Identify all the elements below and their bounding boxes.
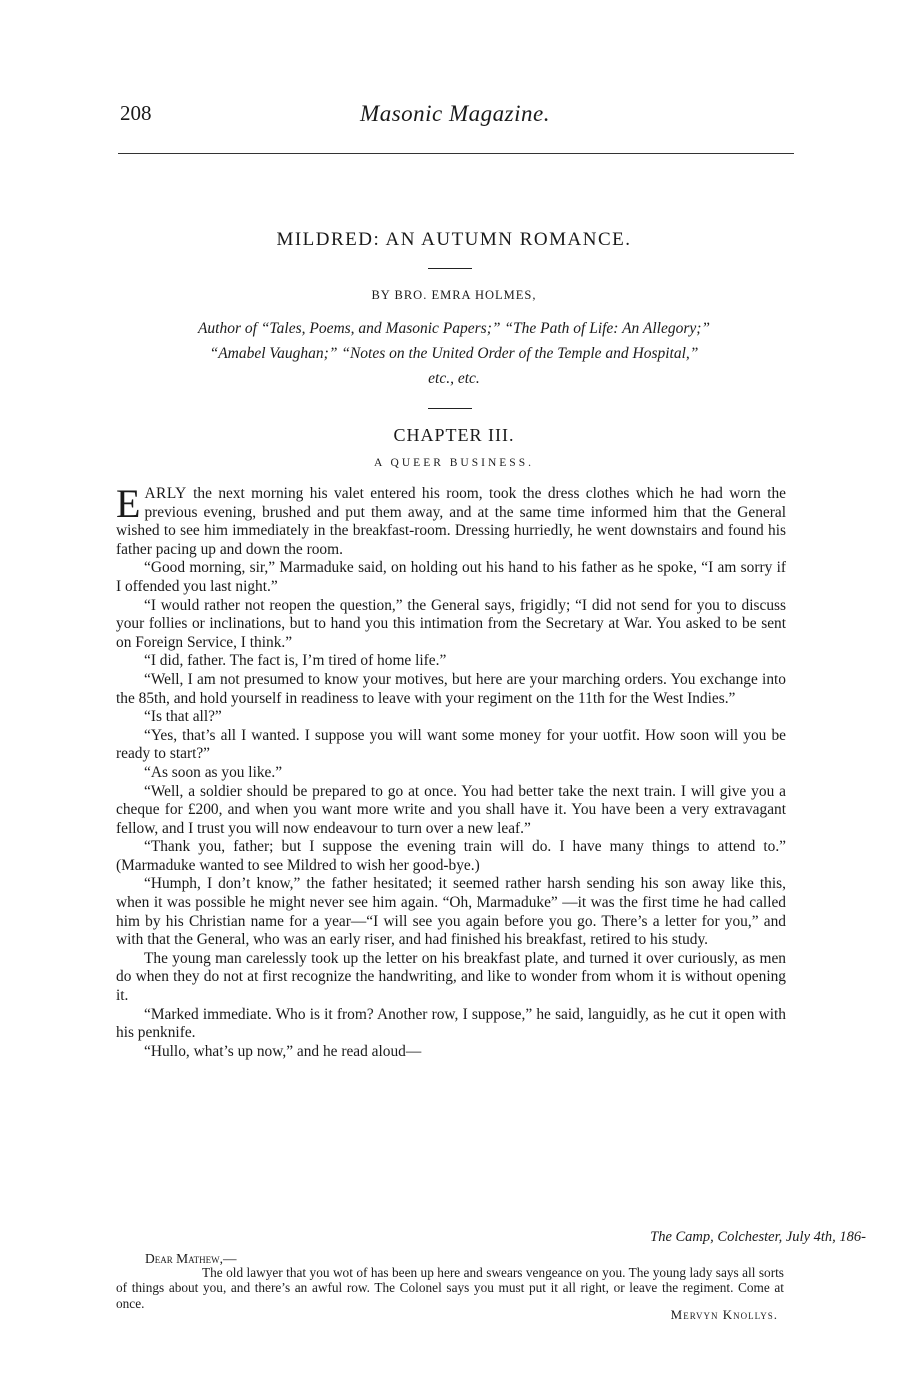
magazine-page: 208 Masonic Magazine. MILDRED: AN AUTUMN… xyxy=(0,0,906,1380)
paragraph: “Marked immediate. Who is it from? Anoth… xyxy=(116,1006,786,1043)
title-divider xyxy=(428,268,472,269)
header-rule xyxy=(118,153,794,154)
byline: BY BRO. EMRA HOLMES, xyxy=(120,288,788,303)
running-head: 208 Masonic Magazine. xyxy=(120,101,790,131)
article-body: EARLY the next morning his valet entered… xyxy=(116,485,786,1061)
paragraph: “I did, father. The fact is, I’m tired o… xyxy=(116,652,786,671)
chapter-subtitle: A QUEER BUSINESS. xyxy=(120,457,788,469)
paragraph: “As soon as you like.” xyxy=(116,764,786,783)
paragraph-text: the next morning his valet entered his r… xyxy=(116,485,786,558)
chapter-divider xyxy=(428,408,472,409)
author-works-line: “Amabel Vaughan;” “Notes on the United O… xyxy=(120,341,788,366)
paragraph: EARLY the next morning his valet entered… xyxy=(116,485,786,559)
article-title: MILDRED: AN AUTUMN ROMANCE. xyxy=(120,229,788,251)
letter-dateline: The Camp, Colchester, July 4th, 186- xyxy=(650,1229,866,1246)
paragraph: “Well, I am not presumed to know your mo… xyxy=(116,671,786,708)
paragraph: The young man carelessly took up the let… xyxy=(116,950,786,1006)
drop-cap: E xyxy=(116,487,140,520)
magazine-title: Masonic Magazine. xyxy=(120,101,790,127)
author-works-line: Author of “Tales, Poems, and Masonic Pap… xyxy=(120,316,788,341)
paragraph: “I would rather not reopen the question,… xyxy=(116,597,786,653)
letter-signature: Mervyn Knollys. xyxy=(671,1307,778,1323)
letter-text: The old lawyer that you wot of has been … xyxy=(116,1265,784,1311)
author-works: Author of “Tales, Poems, and Masonic Pap… xyxy=(120,316,788,391)
lead-word: ARLY xyxy=(144,485,186,502)
letter-body: The old lawyer that you wot of has been … xyxy=(116,1265,784,1311)
paragraph: “Good morning, sir,” Marmaduke said, on … xyxy=(116,559,786,596)
paragraph: “Well, a soldier should be prepared to g… xyxy=(116,783,786,839)
author-works-line: etc., etc. xyxy=(120,366,788,391)
chapter-heading: CHAPTER III. xyxy=(120,425,788,446)
paragraph: “Is that all?” xyxy=(116,708,786,727)
paragraph: “Yes, that’s all I wanted. I suppose you… xyxy=(116,727,786,764)
paragraph: “Hullo, what’s up now,” and he read alou… xyxy=(116,1043,786,1062)
paragraph: “Humph, I don’t know,” the father hesita… xyxy=(116,875,786,949)
paragraph: “Thank you, father; but I suppose the ev… xyxy=(116,838,786,875)
